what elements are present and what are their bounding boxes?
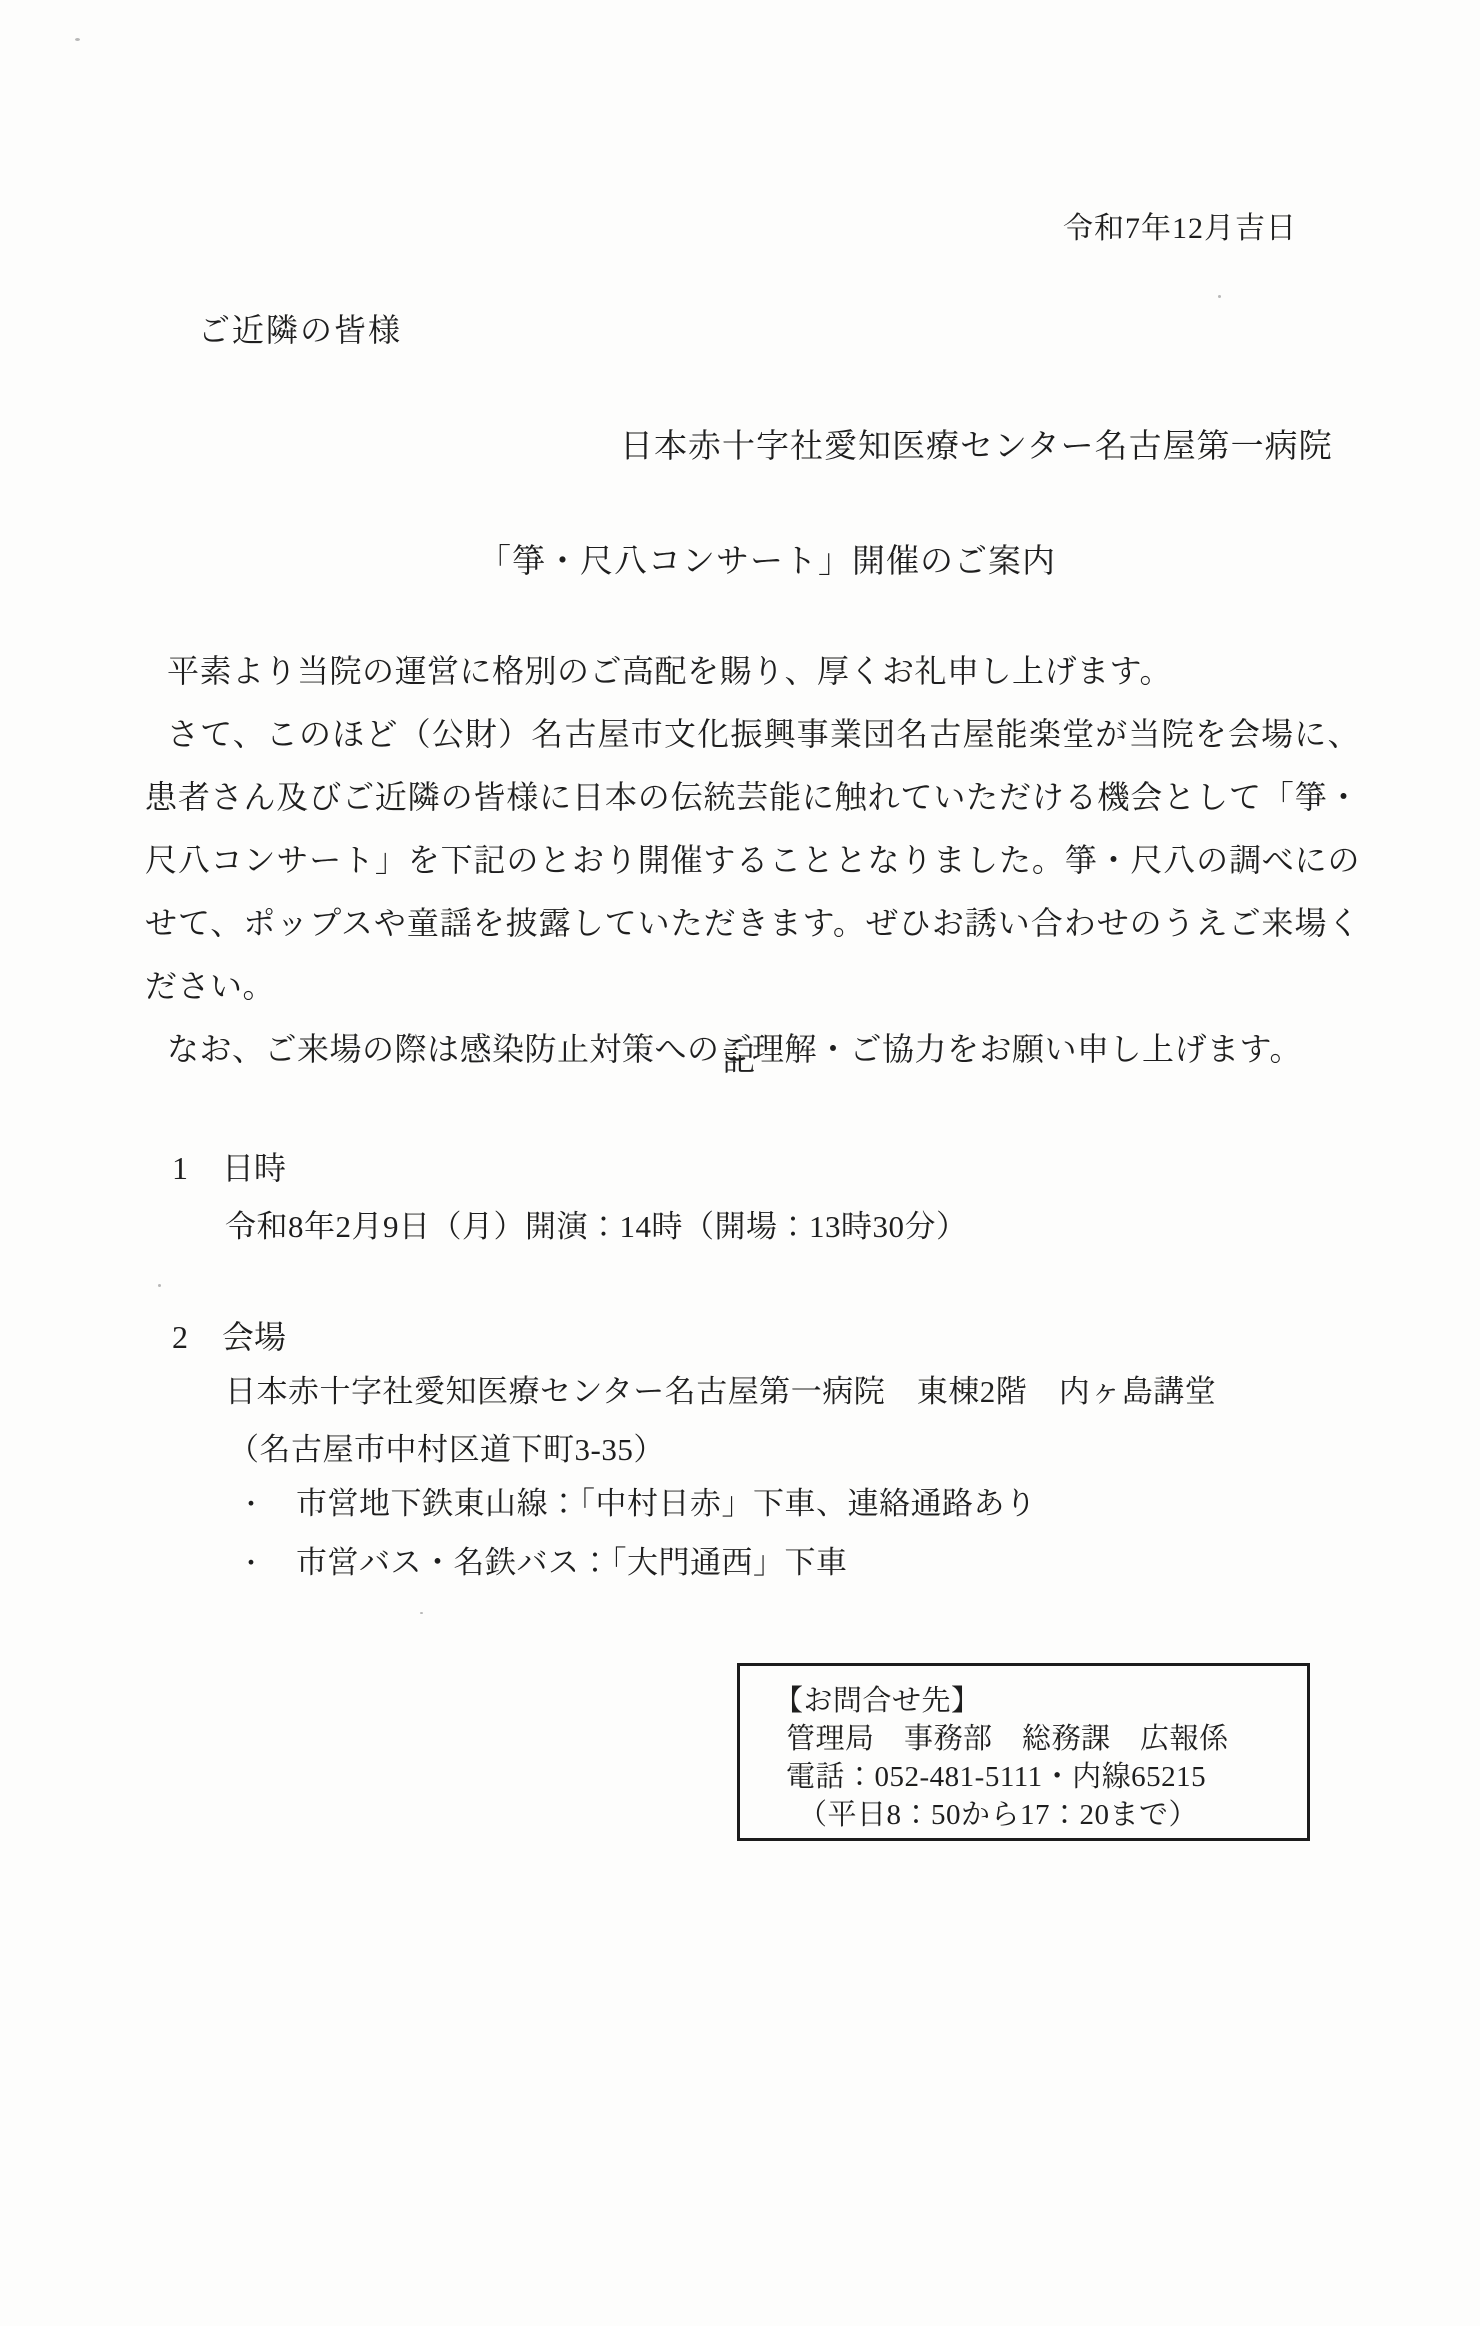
section-1-number: 1 <box>172 1150 188 1187</box>
recipient-line: ご近隣の皆様 <box>198 305 402 351</box>
record-marker: 記 <box>0 1033 1480 1080</box>
bullet-marker-icon: ・ <box>238 1484 296 1521</box>
section-1-heading: 日時 <box>222 1150 286 1186</box>
section-1-heading-row: 1日時 <box>172 1143 286 1189</box>
section-2-number: 2 <box>172 1319 188 1356</box>
body-paragraph-1: 平素より当院の運営に格別のご高配を賜り、厚くお礼申し上げます。 <box>145 640 1360 703</box>
contact-box: 【お問合せ先】 管理局 事務部 総務課 広報係 電話：052-481-5111・… <box>737 1663 1310 1841</box>
scan-speck <box>75 38 80 41</box>
contact-box-hours: （平日8：50から17：20まで） <box>798 1796 1307 1834</box>
document-title: 「箏・尺八コンサート」開催のご案内 <box>478 535 1056 582</box>
document-page: 令和7年12月吉日 ご近隣の皆様 日本赤十字社愛知医療センター名古屋第一病院 「… <box>0 0 1480 2326</box>
section-2-heading-row: 2会場 <box>172 1312 286 1358</box>
section-2-venue: 日本赤十字社愛知医療センター名古屋第一病院 東棟2階 内ヶ島講堂 <box>225 1366 1216 1411</box>
section-1-detail: 令和8年2月9日（月）開演：14時（開場：13時30分） <box>225 1201 968 1246</box>
contact-box-heading: 【お問合せ先】 <box>774 1682 1307 1720</box>
access-bullet-bus: ・市営バス・名鉄バス：「大門通西」下車 <box>238 1537 848 1582</box>
scan-speck <box>158 1284 161 1287</box>
contact-box-phone: 電話：052-481-5111・内線65215 <box>786 1758 1307 1796</box>
date-line: 令和7年12月吉日 <box>1063 203 1297 247</box>
sender-line: 日本赤十字社愛知医療センター名古屋第一病院 <box>620 420 1333 467</box>
access-bullet-subway: ・市営地下鉄東山線：「中村日赤」下車、連絡通路あり <box>238 1478 1037 1523</box>
section-2-address: （名古屋市中村区道下町3-35） <box>228 1424 665 1469</box>
scan-speck <box>1218 295 1221 298</box>
body-text: 平素より当院の運営に格別のご高配を賜り、厚くお礼申し上げます。 さて、このほど（… <box>145 640 1360 1081</box>
access-bullet-subway-text: 市営地下鉄東山線：「中村日赤」下車、連絡通路あり <box>296 1486 1037 1521</box>
bullet-marker-icon: ・ <box>238 1543 296 1580</box>
contact-box-department: 管理局 事務部 総務課 広報係 <box>786 1720 1307 1758</box>
section-2-heading: 会場 <box>222 1319 286 1355</box>
body-paragraph-2: さて、このほど（公財）名古屋市文化振興事業団名古屋能楽堂が当院を会場に、患者さん… <box>145 703 1360 1018</box>
access-bullet-bus-text: 市営バス・名鉄バス：「大門通西」下車 <box>296 1545 848 1580</box>
scan-speck <box>420 1612 423 1614</box>
